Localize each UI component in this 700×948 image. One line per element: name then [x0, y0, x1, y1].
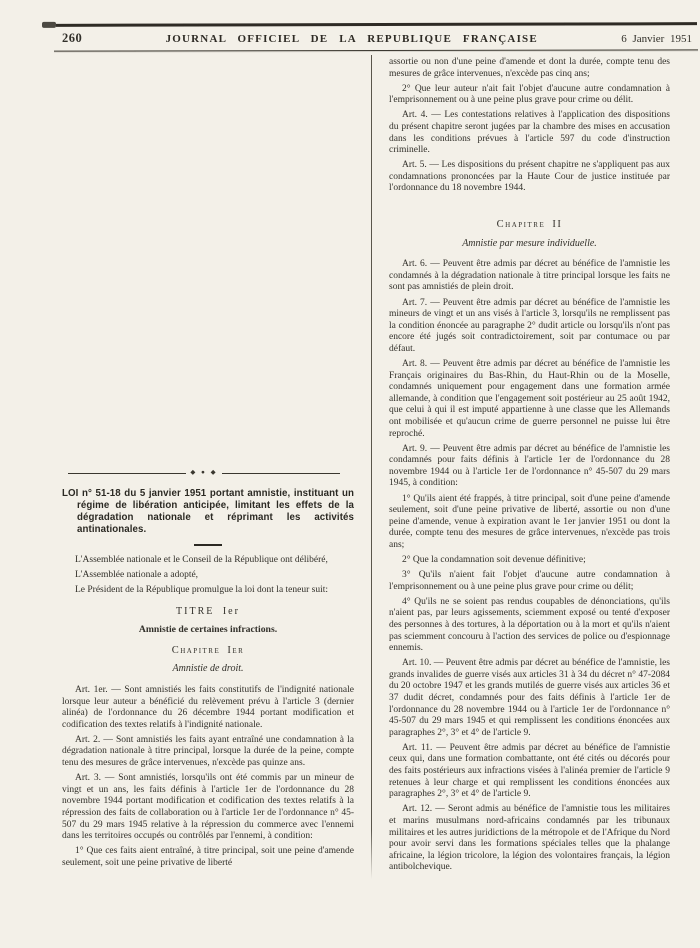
page-number: 260: [62, 31, 82, 46]
article-2: Art. 2. — Sont amnistiés les faits ayant…: [62, 735, 354, 770]
article-4: Art. 4. — Les contestations relatives à …: [389, 110, 670, 156]
article-3: Art. 3. — Sont amnistiés, lorsqu'ils ont…: [62, 773, 354, 843]
top-border-rule: [56, 22, 697, 27]
article-9: Art. 9. — Peuvent être admis par décret …: [389, 444, 670, 490]
article-12: Art. 12. — Seront admis au bénéfice de l…: [389, 804, 670, 874]
column-divider-rule: [371, 55, 372, 879]
section-ornament: ◆ ● ◆: [68, 470, 340, 477]
header-divider-rule: [54, 49, 698, 51]
issue-date: 6 Janvier 1951: [621, 33, 692, 45]
chapitre-2-heading: Chapitre II: [389, 219, 670, 231]
article-3-item-2: 2° Que leur auteur n'ait fait l'objet d'…: [389, 84, 670, 107]
article-9-item-3: 3° Qu'ils n'aient fait l'objet d'aucune …: [389, 570, 670, 593]
preamble-line: L'Assemblée nationale a adopté,: [62, 570, 354, 582]
titre-heading: TITRE Ier: [62, 606, 354, 618]
page-header: 260 JOURNAL OFFICIEL DE LA REPUBLIQUE FR…: [62, 31, 692, 46]
law-title-separator: [194, 544, 222, 546]
ornament-diamonds-icon: ◆ ● ◆: [186, 470, 221, 477]
preamble-line: L'Assemblée nationale et le Conseil de l…: [62, 555, 354, 567]
article-7: Art. 7. — Peuvent être admis par décret …: [389, 298, 670, 356]
chapitre-1-subject: Amnistie de droit.: [62, 663, 354, 675]
article-9-item-2: 2° Que la condamnation soit devenue défi…: [389, 555, 670, 567]
article-10: Art. 10. — Peuvent être admis par décret…: [389, 658, 670, 739]
article-1: Art. 1er. — Sont amnistiés les faits con…: [62, 685, 354, 731]
left-column: ◆ ● ◆ LOI n° 51-18 du 5 janvier 1951 por…: [62, 55, 354, 948]
article-9-item-1: 1° Qu'ils aient été frappés, à titre pri…: [389, 494, 670, 552]
chapitre-1-heading: Chapitre Ier: [62, 645, 354, 657]
titre-subject: Amnistie de certaines infractions.: [62, 624, 354, 636]
article-3-item-1: 1° Que ces faits aient entraîné, à titre…: [62, 846, 354, 869]
ornament-line-right: [222, 473, 340, 474]
article-8: Art. 8. — Peuvent être admis par décret …: [389, 359, 670, 440]
article-5: Art. 5. — Les dispositions du présent ch…: [389, 160, 670, 195]
ornament-line-left: [68, 473, 186, 474]
law-title: LOI n° 51-18 du 5 janvier 1951 portant a…: [62, 488, 354, 537]
chapitre-2-subject: Amnistie par mesure individuelle.: [389, 238, 670, 250]
preamble-line: Le Président de la République promulgue …: [62, 585, 354, 597]
article-6: Art. 6. — Peuvent être admis par décret …: [389, 259, 670, 294]
article-9-item-4: 4° Qu'ils ne se soient pas rendus coupab…: [389, 597, 670, 655]
right-column: assortie ou non d'une peine d'amende et …: [389, 55, 670, 948]
article-11: Art. 11. — Peuvent être admis par décret…: [389, 743, 670, 801]
journal-title: JOURNAL OFFICIEL DE LA REPUBLIQUE FRANÇA…: [82, 33, 621, 45]
journal-officiel-page: 260 JOURNAL OFFICIEL DE LA REPUBLIQUE FR…: [0, 0, 700, 948]
continuation-paragraph: assortie ou non d'une peine d'amende et …: [389, 57, 670, 80]
two-column-body: ◆ ● ◆ LOI n° 51-18 du 5 janvier 1951 por…: [62, 55, 670, 948]
